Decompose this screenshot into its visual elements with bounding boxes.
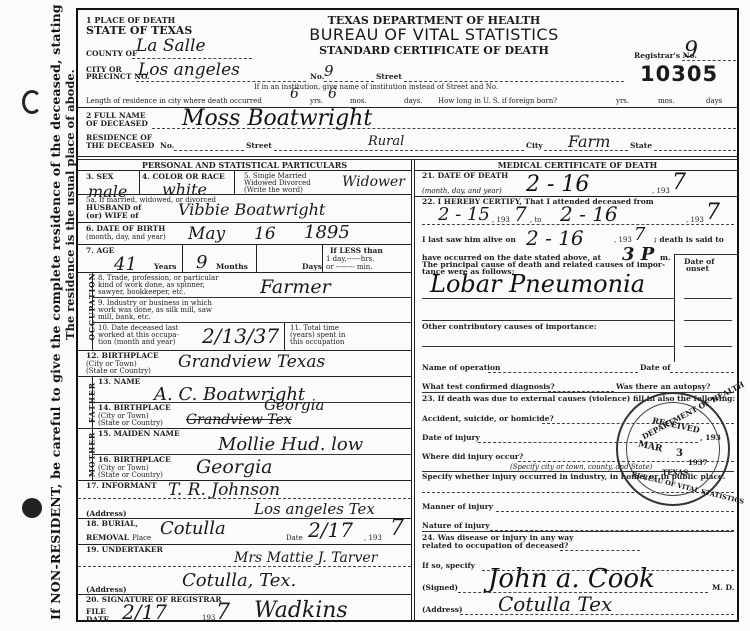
yrs-label: yrs. — [310, 97, 323, 105]
medical-section-title: MEDICAL CERTIFICATE OF DEATH — [418, 161, 737, 169]
mother-birthplace: Georgia — [196, 456, 273, 478]
dob-month: May — [188, 224, 225, 244]
dob-label-2: (month, day, and year) — [86, 233, 166, 241]
less-than-label-2: 1 day,------hrs. — [326, 255, 374, 263]
undertaker-name: Mrs Mattie J. Tarver — [234, 550, 377, 566]
informant-name: T. R. Johnson — [168, 480, 280, 500]
birthplace-label-3: (State or Country) — [86, 367, 151, 375]
nature-label: Nature of injury — [422, 522, 490, 530]
occupation-related-label-2: related to occupation of deceased? — [422, 542, 568, 550]
father-name-label: 13. NAME — [98, 378, 140, 386]
contributory-label: Other contributory causes of importance: — [422, 323, 597, 331]
dod-label-2: (month, day, and year) — [422, 187, 502, 195]
onset-label-2: onset — [686, 265, 709, 273]
foreign-yrs-label: yrs. — [616, 97, 629, 105]
burial-year-prefix: , 193 — [364, 534, 382, 542]
form-title: STANDARD CERTIFICATE OF DEATH — [304, 44, 564, 57]
full-name-label-2: OF DECEASED — [86, 120, 148, 128]
punch-hole-top — [22, 90, 42, 114]
mother-maiden-name: Mollie Hud. low — [218, 434, 363, 455]
residence-note: The residence is the usual place of abod… — [63, 40, 77, 340]
dob-day: 16 — [254, 224, 276, 244]
physician-address: Cotulla Tex — [498, 592, 612, 616]
file-year-digit: 7 — [216, 600, 230, 625]
registrar-signature: Wadkins — [254, 598, 348, 623]
manner-label: Manner of injury — [422, 503, 493, 511]
stamp-state: TEXAS — [662, 468, 688, 477]
residence-length-label: Length of residence in city where death … — [86, 97, 262, 105]
maiden-name-label: 15. MAIDEN NAME — [98, 430, 180, 438]
signed-label: (Signed) — [422, 584, 458, 592]
dod-label-1: 21. DATE OF DEATH — [422, 172, 508, 180]
file-date: 2/17 — [122, 600, 167, 624]
physician-address-label: (Address) — [422, 606, 463, 614]
trade-value: Farmer — [260, 276, 331, 298]
received-stamp: DEPARTMENT OF HEALTH RECEIVED MAR 3 1937… — [616, 392, 730, 506]
physician-signature: John a. Cook — [488, 564, 655, 594]
residence-street: Rural — [368, 134, 404, 149]
burial-date-label: Date — [286, 534, 303, 542]
attended-to-year-prefix: , 193 — [686, 216, 704, 224]
burial-label-1: 18. BURIAL, — [86, 520, 138, 528]
street-label: Street — [376, 73, 402, 81]
father-birthplace-label-1: 14. BIRTHPLACE — [98, 404, 171, 412]
less-than-label-3: or -------- min. — [326, 263, 373, 271]
bureau-title: BUREAU OF VITAL STATISTICS — [274, 25, 594, 44]
accident-label: Accident, suicide, or homicide? — [422, 415, 554, 423]
attended-to: 2 - 16 — [560, 202, 618, 226]
file-date-label: DATE — [86, 616, 109, 624]
spouse-value: Vibbie Boatwright — [178, 200, 325, 219]
stamp-year: 1937 — [688, 458, 707, 467]
foreign-mos-label: mos. — [658, 97, 675, 105]
stamp-day: 3 — [676, 448, 683, 459]
undertaker-address: Cotulla, Tex. — [182, 570, 296, 591]
said-to-label: ; death is said to — [654, 236, 724, 244]
industry-label-3: mill, bank, etc. — [98, 313, 151, 321]
residence-label-2: THE DECEASED — [86, 142, 154, 150]
foreign-born-label: How long in U. S. if foreign born? — [438, 97, 557, 105]
sex-label: 3. SEX — [86, 173, 113, 181]
md-label: M. D. — [712, 584, 734, 592]
mos-label: mos. — [350, 97, 367, 105]
attended-from-year-digit: 7 — [514, 202, 527, 226]
occupation-vertical-label: OCCUPATION — [88, 281, 97, 341]
residence-no-label: No. — [160, 142, 174, 150]
injury-where-label: Where did injury occur? — [422, 453, 523, 461]
marital-value: Widower — [342, 174, 405, 190]
age-months: 9 — [196, 252, 207, 273]
less-than-label-1: If LESS than — [330, 247, 383, 255]
last-saw-date: 2 - 16 — [526, 226, 584, 250]
certificate-number: 10305 — [640, 62, 718, 86]
burial-place-label: Place — [132, 534, 151, 542]
father-birthplace-struck: Grandview Tex — [186, 412, 292, 428]
birthplace-label-1: 12. BIRTHPLACE — [86, 352, 159, 360]
burial-date: 2/17 — [308, 518, 353, 542]
informant-address: Los angeles Tex — [254, 500, 375, 518]
operation-date-label: Date of — [640, 364, 670, 372]
file-year-prefix: 193 — [202, 614, 215, 622]
mother-birthplace-label-3: (State or Country) — [98, 471, 163, 479]
date-of-death: 2 - 16 — [526, 172, 589, 197]
county-value: La Salle — [136, 36, 206, 56]
city-value: Los angeles — [138, 60, 240, 80]
if-so-label: If so, specify — [422, 562, 475, 570]
no-label: No. — [310, 73, 324, 81]
injury-date-label: Date of injury — [422, 434, 480, 442]
last-saw-year-prefix: , 193 — [614, 236, 632, 244]
attended-to-year-digit: 7 — [706, 200, 720, 225]
father-birthplace-label-3: (State or Country) — [98, 419, 163, 427]
attended-from-year-prefix: , 193 — [492, 216, 510, 224]
non-resident-instruction: If NON-RESIDENT, be careful to give the … — [48, 10, 64, 620]
age-label: 7. AGE — [86, 247, 114, 255]
punch-hole-bottom — [22, 498, 42, 518]
years-label: Years — [154, 263, 177, 271]
dod-year-digit: 7 — [672, 170, 686, 195]
days-label: days. — [404, 97, 422, 105]
undertaker-address-label: (Address) — [86, 586, 127, 594]
last-worked-label-3: tion (month and year) — [98, 338, 175, 346]
residence-city-label: City — [526, 142, 543, 150]
mother-birthplace-label-1: 16. BIRTHPLACE — [98, 456, 171, 464]
foreign-days-label: days — [706, 97, 722, 105]
residence-state-label: State — [630, 142, 652, 150]
total-time-label-3: this occupation — [290, 338, 344, 346]
operation-label: Name of operation — [422, 364, 500, 372]
informant-address-label: (Address) — [86, 510, 127, 518]
dod-year-prefix: , 193 — [652, 187, 670, 195]
residence-city: Farm — [568, 132, 610, 151]
marital-label-3: (Write the word) — [244, 186, 303, 194]
no-value: 9 — [324, 62, 334, 80]
dob-label-1: 6. DATE OF BIRTH — [86, 225, 165, 233]
residence-mos: 6 — [328, 86, 337, 102]
last-saw-label: I last saw him alive on — [422, 236, 516, 244]
informant-label: 17. INFORMANT — [86, 482, 157, 490]
spouse-label-2: (or) WIFE of — [86, 212, 138, 220]
residence-yrs: 6 — [290, 86, 299, 102]
residence-street-label: Street — [246, 142, 272, 150]
last-worked-value: 2/13/37 — [202, 324, 279, 348]
undertaker-label: 19. UNDERTAKER — [86, 546, 163, 554]
cause-of-death: Lobar Pneumonia — [430, 270, 645, 298]
trade-label-3: sawyer, bookkeeper, etc. — [98, 288, 185, 296]
dob-year: 1895 — [304, 222, 350, 243]
personal-section-title: PERSONAL AND STATISTICAL PARTICULARS — [78, 161, 411, 169]
death-certificate-form: 1 PLACE OF DEATH STATE OF TEXAS TEXAS DE… — [76, 8, 739, 622]
place-of-death-label: 1 PLACE OF DEATH — [86, 16, 175, 24]
days-label: Days — [302, 263, 322, 271]
test-label: What test confirmed diagnosis? — [422, 383, 555, 391]
to-label: , to — [530, 216, 541, 224]
birthplace-value: Grandview Texas — [178, 352, 325, 372]
burial-place: Cotulla — [160, 518, 226, 539]
months-label: Months — [216, 263, 248, 271]
burial-year-digit: 7 — [390, 516, 404, 541]
county-label: COUNTY OF — [86, 50, 137, 58]
burial-label-2: REMOVAL — [86, 534, 129, 542]
autopsy-label: Was there an autopsy? — [616, 383, 710, 391]
attended-from: 2 - 15 — [438, 204, 490, 225]
last-saw-year-digit: 7 — [634, 224, 645, 245]
